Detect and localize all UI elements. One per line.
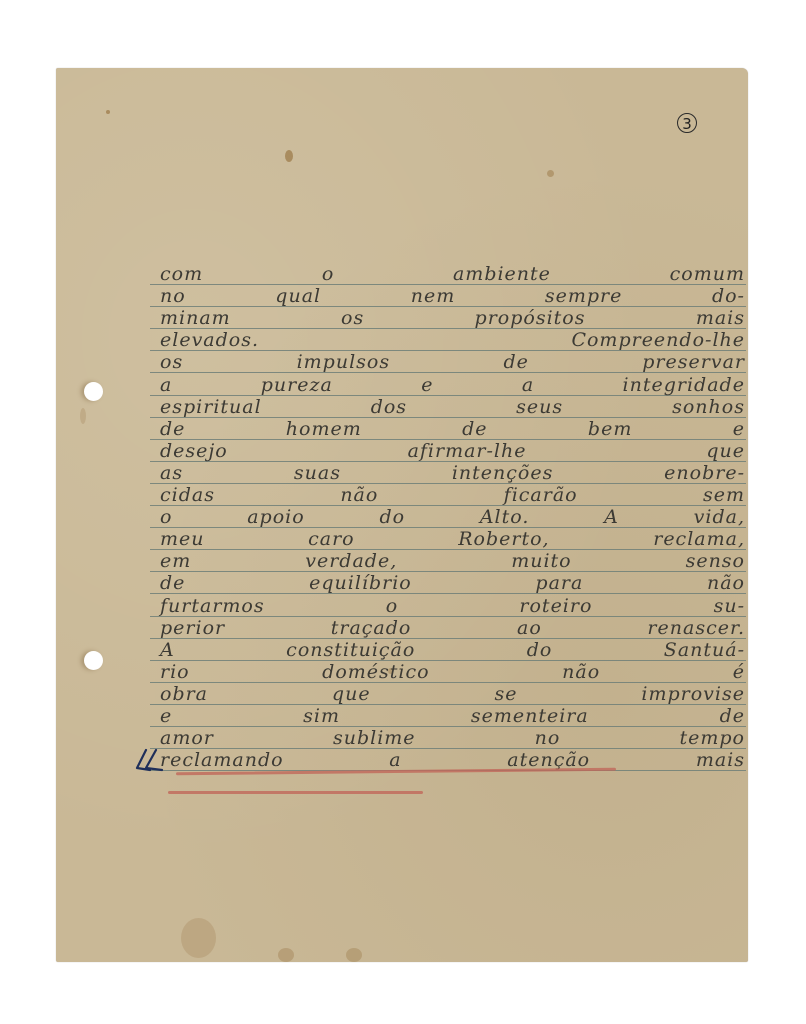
text-line: obraqueseimprovise (160, 683, 745, 707)
page-number: 3 (677, 113, 697, 133)
text-line: AconstituiçãodoSantuá- (160, 639, 745, 663)
text-line: dehomemdebeme (160, 418, 745, 442)
text-line: minamospropósitosmais (160, 307, 745, 331)
text-line: elevados.Compreendo-lhe (160, 329, 745, 353)
text-line: osimpulsosdepreservar (160, 351, 745, 375)
text-line: oapoiodoAlto.Avida, (160, 506, 745, 530)
text-line: comoambientecomum (160, 263, 745, 287)
text-line: periortraçadoaorenascer. (160, 617, 745, 641)
text-line: amorsublimenotempo (160, 727, 745, 751)
text-line: desejoafirmar-lheque (160, 440, 745, 464)
foxing-stain (181, 918, 216, 958)
text-line: noqualnemsempredo- (160, 285, 745, 309)
text-line: assuasintençõesenobre- (160, 462, 745, 486)
foxing-stain (80, 408, 86, 424)
text-line: esimsementeirade (160, 705, 745, 729)
double-chevron-left-icon (134, 748, 170, 772)
text-line: espiritualdosseussonhos (160, 396, 745, 420)
text-line: apurezaeaintegridade (160, 374, 745, 398)
punch-hole-top (84, 382, 103, 401)
foxing-stain (106, 110, 110, 114)
text-line: cidasnãoficarãosem (160, 484, 745, 508)
foxing-stain (278, 948, 294, 962)
foxing-stain (346, 948, 362, 962)
text-line: emverdade,muitosenso (160, 550, 745, 574)
foxing-stain (285, 150, 293, 162)
text-line: furtarmosoroteirosu- (160, 595, 745, 619)
text-line: deequilíbrioparanão (160, 572, 745, 596)
red-underline (168, 791, 423, 794)
text-line: meucaroRoberto,reclama, (160, 528, 745, 552)
text-line: riodomésticonãoé (160, 661, 745, 685)
punch-hole-bottom (84, 651, 103, 670)
foxing-stain (547, 170, 554, 177)
